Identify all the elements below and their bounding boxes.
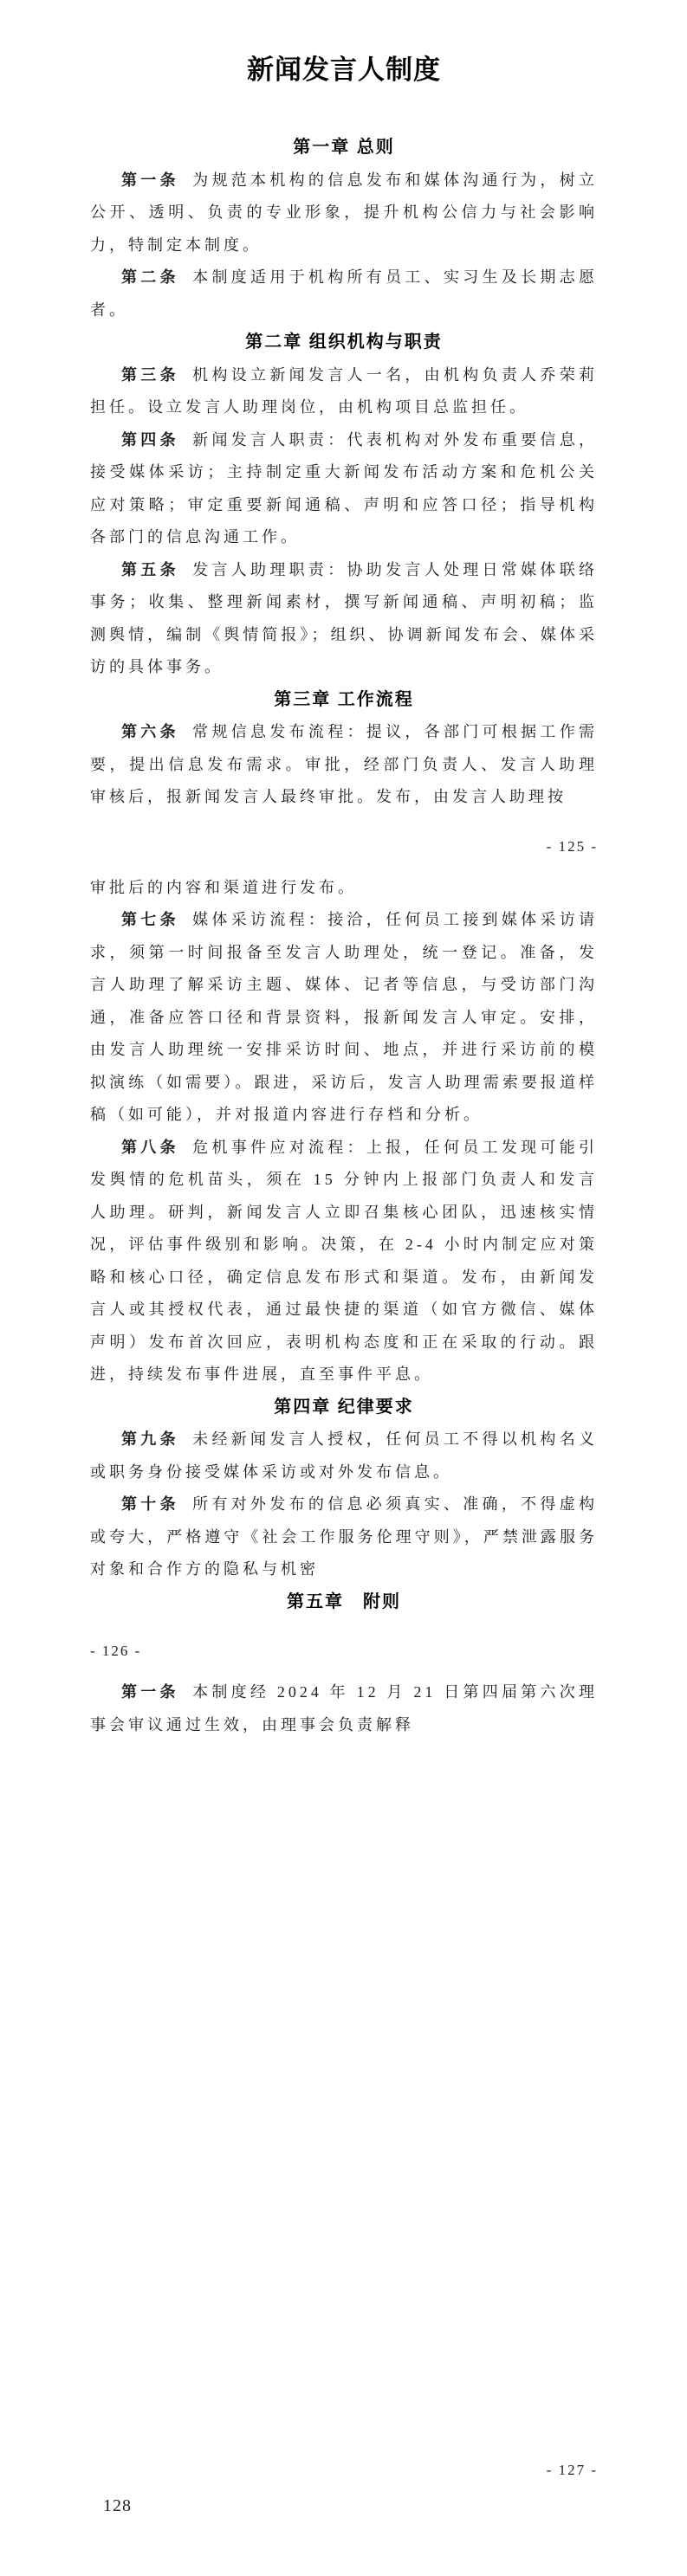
chapter-4-heading: 第四章 纪律要求 (90, 1391, 598, 1424)
appendix-clause-1-label: 第一条 (121, 1683, 179, 1701)
clause-7-label: 第七条 (121, 911, 179, 928)
chapter-3-heading: 第三章 工作流程 (90, 684, 598, 717)
clause-10-label: 第十条 (121, 1495, 179, 1513)
clause-7-text: 媒体采访流程：接洽，任何员工接到媒体采访请求，须第一时间报备至发言人助理处，统一… (90, 911, 598, 1123)
clause-8-para: 第八条危机事件应对流程：上报，任何员工发现可能引发舆情的危机苗头，须在 15 分… (90, 1132, 598, 1391)
document-body: 第一章 总则 第一条为规范本机构的信息发布和媒体沟通行为，树立公开、透明、负责的… (90, 132, 598, 1741)
clause-9-label: 第九条 (121, 1430, 179, 1448)
clause-9-para: 第九条未经新闻发言人授权，任何员工不得以机构名义或职务身份接受媒体采访或对外发布… (90, 1424, 598, 1488)
clause-1-label: 第一条 (121, 171, 179, 189)
page-number-128: 128 (103, 2496, 132, 2516)
clause-5-para: 第五条发言人助理职责：协助发言人处理日常媒体联络事务；收集、整理新闻素材，撰写新… (90, 554, 598, 684)
clause-4-label: 第四条 (121, 431, 179, 449)
chapter-2-heading: 第二章 组织机构与职责 (90, 326, 598, 359)
clause-8-label: 第八条 (121, 1139, 179, 1156)
document-title: 新闻发言人制度 (90, 52, 598, 88)
page-number-127: - 127 - (90, 2462, 598, 2479)
document-page: 新闻发言人制度 第一章 总则 第一条为规范本机构的信息发布和媒体沟通行为，树立公… (0, 0, 687, 2576)
clause-3-label: 第三条 (121, 366, 179, 384)
clause-5-label: 第五条 (121, 561, 179, 578)
clause-3-para: 第三条机构设立新闻发言人一名，由机构负责人乔荣莉担任。设立发言人助理岗位，由机构… (90, 359, 598, 424)
clause-6-label: 第六条 (121, 723, 179, 740)
clause-2-label: 第二条 (121, 268, 179, 286)
clause-4-para: 第四条新闻发言人职责：代表机构对外发布重要信息，接受媒体采访；主持制定重大新闻发… (90, 424, 598, 554)
chapter-1-heading: 第一章 总则 (90, 132, 598, 165)
clause-6-para: 第六条常规信息发布流程：提议，各部门可根据工作需要，提出信息发布需求。审批，经部… (90, 716, 598, 814)
clause-2-para: 第二条本制度适用于机构所有员工、实习生及长期志愿者。 (90, 261, 598, 326)
clause-7-para: 第七条媒体采访流程：接洽，任何员工接到媒体采访请求，须第一时间报备至发言人助理处… (90, 904, 598, 1132)
clause-10-para: 第十条所有对外发布的信息必须真实、准确，不得虚构或夸大，严格遵守《社会工作服务伦… (90, 1488, 598, 1586)
page-number-126: - 126 - (90, 1643, 598, 1660)
appendix-clause-1-para: 第一条本制度经 2024 年 12 月 21 日第四届第六次理事会审议通过生效，… (90, 1676, 598, 1741)
chapter-5-heading: 第五章 附则 (90, 1586, 598, 1619)
clause-1-para: 第一条为规范本机构的信息发布和媒体沟通行为，树立公开、透明、负责的专业形象，提升… (90, 165, 598, 262)
text-column: 新闻发言人制度 第一章 总则 第一条为规范本机构的信息发布和媒体沟通行为，树立公… (90, 0, 598, 1741)
page-number-125: - 125 - (90, 838, 598, 855)
clause-8-text: 危机事件应对流程：上报，任何员工发现可能引发舆情的危机苗头，须在 15 分钟内上… (90, 1139, 598, 1384)
clause-6-continuation: 审批后的内容和渠道进行发布。 (90, 872, 598, 905)
